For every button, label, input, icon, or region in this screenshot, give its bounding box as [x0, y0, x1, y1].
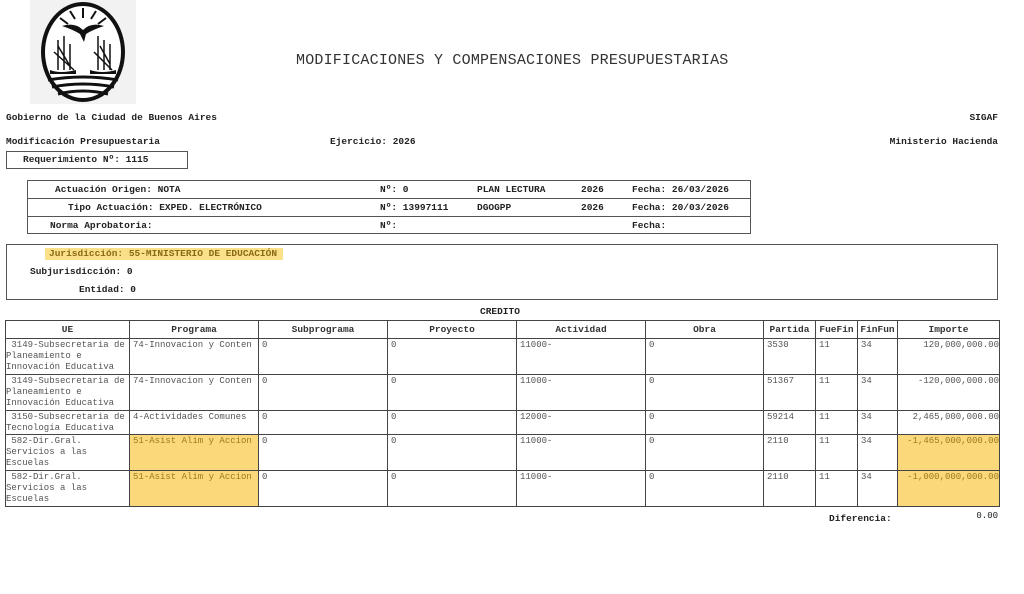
cell-actividad: 11000-	[517, 375, 646, 411]
cell-importe: 120,000,000.00	[898, 339, 1000, 375]
column-header-partida: Partida	[764, 321, 816, 339]
cell-obra: 0	[646, 471, 764, 507]
actuacion-ref: DGOGPP	[477, 202, 511, 213]
cell-proyecto: 0	[388, 411, 517, 435]
cell-fuefin: 11	[816, 471, 858, 507]
actuacion-fecha: Fecha: 20/03/2026	[632, 202, 729, 213]
diferencia-label: Diferencia:	[829, 513, 892, 524]
cell-partida: 2110	[764, 471, 816, 507]
cell-subprograma: 0	[259, 471, 388, 507]
jurisdiccion-box: Jurisdicción: 55-MINISTERIO DE EDUCACIÓN…	[6, 244, 998, 300]
cell-subprograma: 0	[259, 339, 388, 375]
credito-table: UEProgramaSubprogramaProyectoActividadOb…	[5, 320, 1000, 507]
requerimiento-number: Requerimiento Nº: 1115	[23, 154, 148, 165]
entidad-label: Entidad: 0	[79, 284, 136, 295]
cell-ue: 3149-Subsecretaria de Planeamiento e Inn…	[6, 339, 130, 375]
table-row: 3150-Subsecretaria de Tecnología Educati…	[6, 411, 1000, 435]
table-row: 582-Dir.Gral. Servicios a las Escuelas51…	[6, 435, 1000, 471]
cell-finfun: 34	[858, 411, 898, 435]
actuacion-numero: Nº: 13997111	[380, 202, 448, 213]
cell-proyecto: 0	[388, 339, 517, 375]
cell-importe: 2,465,000,000.00	[898, 411, 1000, 435]
credito-section-title: CREDITO	[480, 306, 520, 317]
cell-partida: 2110	[764, 435, 816, 471]
cell-importe: -1,000,000,000.00	[898, 471, 1000, 507]
actuacion-label: Tipo Actuación: EXPED. ELECTRÓNICO	[68, 202, 262, 213]
document-type: Modificación Presupuestaria	[6, 136, 160, 147]
cell-ue: 3149-Subsecretaria de Planeamiento e Inn…	[6, 375, 130, 411]
cell-obra: 0	[646, 411, 764, 435]
requerimiento-box: Requerimiento Nº: 1115	[6, 151, 188, 169]
cell-programa: 74-Innovacion y Conten	[130, 375, 259, 411]
cell-ue: 582-Dir.Gral. Servicios a las Escuelas	[6, 435, 130, 471]
tipo-actuacion-row: Tipo Actuación: EXPED. ELECTRÓNICO Nº: 1…	[28, 199, 750, 217]
government-name: Gobierno de la Ciudad de Buenos Aires	[6, 112, 217, 123]
coat-of-arms-icon	[30, 0, 136, 104]
cell-programa: 51-Asist Alim y Accion	[130, 435, 259, 471]
actuacion-origen-row: Actuación Origen: NOTA Nº: 0 PLAN LECTUR…	[28, 181, 750, 199]
jurisdiccion-label: Jurisdicción: 55-MINISTERIO DE EDUCACIÓN	[45, 248, 283, 260]
actuacion-numero: Nº:	[380, 220, 397, 231]
cell-fuefin: 11	[816, 411, 858, 435]
cell-partida: 3530	[764, 339, 816, 375]
column-header-programa: Programa	[130, 321, 259, 339]
column-header-fuefin: FueFin	[816, 321, 858, 339]
cell-fuefin: 11	[816, 339, 858, 375]
table-row: 3149-Subsecretaria de Planeamiento e Inn…	[6, 339, 1000, 375]
cell-importe: -120,000,000.00	[898, 375, 1000, 411]
cell-obra: 0	[646, 435, 764, 471]
document-title: MODIFICACIONES Y COMPENSACIONES PRESUPUE…	[296, 52, 728, 69]
cell-partida: 51367	[764, 375, 816, 411]
cell-actividad: 11000-	[517, 435, 646, 471]
cell-actividad: 11000-	[517, 471, 646, 507]
coat-of-arms-logo	[30, 0, 136, 104]
actuacion-label: Actuación Origen: NOTA	[55, 184, 180, 195]
column-header-finfun: FinFun	[858, 321, 898, 339]
cell-programa: 51-Asist Alim y Accion	[130, 471, 259, 507]
cell-proyecto: 0	[388, 375, 517, 411]
norma-aprobatoria-row: Norma Aprobatoria: Nº: Fecha:	[28, 217, 750, 235]
cell-finfun: 34	[858, 471, 898, 507]
credito-header-row: UEProgramaSubprogramaProyectoActividadOb…	[6, 321, 1000, 339]
cell-obra: 0	[646, 375, 764, 411]
system-name: SIGAF	[969, 112, 998, 123]
cell-programa: 4-Actividades Comunes	[130, 411, 259, 435]
cell-importe: -1,465,000,000.00	[898, 435, 1000, 471]
cell-ue: 3150-Subsecretaria de Tecnología Educati…	[6, 411, 130, 435]
ministry-name: Ministerio Hacienda	[890, 136, 998, 147]
actuaciones-box: Actuación Origen: NOTA Nº: 0 PLAN LECTUR…	[27, 180, 751, 234]
cell-subprograma: 0	[259, 375, 388, 411]
column-header-proyecto: Proyecto	[388, 321, 517, 339]
actuacion-fecha: Fecha: 26/03/2026	[632, 184, 729, 195]
column-header-actividad: Actividad	[517, 321, 646, 339]
actuacion-fecha: Fecha:	[632, 220, 666, 231]
cell-subprograma: 0	[259, 435, 388, 471]
cell-fuefin: 11	[816, 435, 858, 471]
cell-finfun: 34	[858, 435, 898, 471]
cell-proyecto: 0	[388, 435, 517, 471]
diferencia-value: 0.00	[976, 511, 998, 521]
actuacion-ref: PLAN LECTURA	[477, 184, 545, 195]
cell-ue: 582-Dir.Gral. Servicios a las Escuelas	[6, 471, 130, 507]
cell-subprograma: 0	[259, 411, 388, 435]
cell-partida: 59214	[764, 411, 816, 435]
actuacion-numero: Nº: 0	[380, 184, 409, 195]
cell-fuefin: 11	[816, 375, 858, 411]
table-row: 3149-Subsecretaria de Planeamiento e Inn…	[6, 375, 1000, 411]
actuacion-label: Norma Aprobatoria:	[50, 220, 153, 231]
subjurisdiccion-label: Subjurisdicción: 0	[30, 266, 133, 277]
actuacion-anio: 2026	[581, 202, 604, 213]
cell-proyecto: 0	[388, 471, 517, 507]
table-row: 582-Dir.Gral. Servicios a las Escuelas51…	[6, 471, 1000, 507]
cell-programa: 74-Innovacion y Conten	[130, 339, 259, 375]
actuacion-anio: 2026	[581, 184, 604, 195]
cell-obra: 0	[646, 339, 764, 375]
column-header-ue: UE	[6, 321, 130, 339]
cell-actividad: 12000-	[517, 411, 646, 435]
cell-actividad: 11000-	[517, 339, 646, 375]
column-header-importe: Importe	[898, 321, 1000, 339]
fiscal-year: Ejercicio: 2026	[330, 136, 416, 147]
cell-finfun: 34	[858, 375, 898, 411]
column-header-obra: Obra	[646, 321, 764, 339]
column-header-subprograma: Subprograma	[259, 321, 388, 339]
cell-finfun: 34	[858, 339, 898, 375]
